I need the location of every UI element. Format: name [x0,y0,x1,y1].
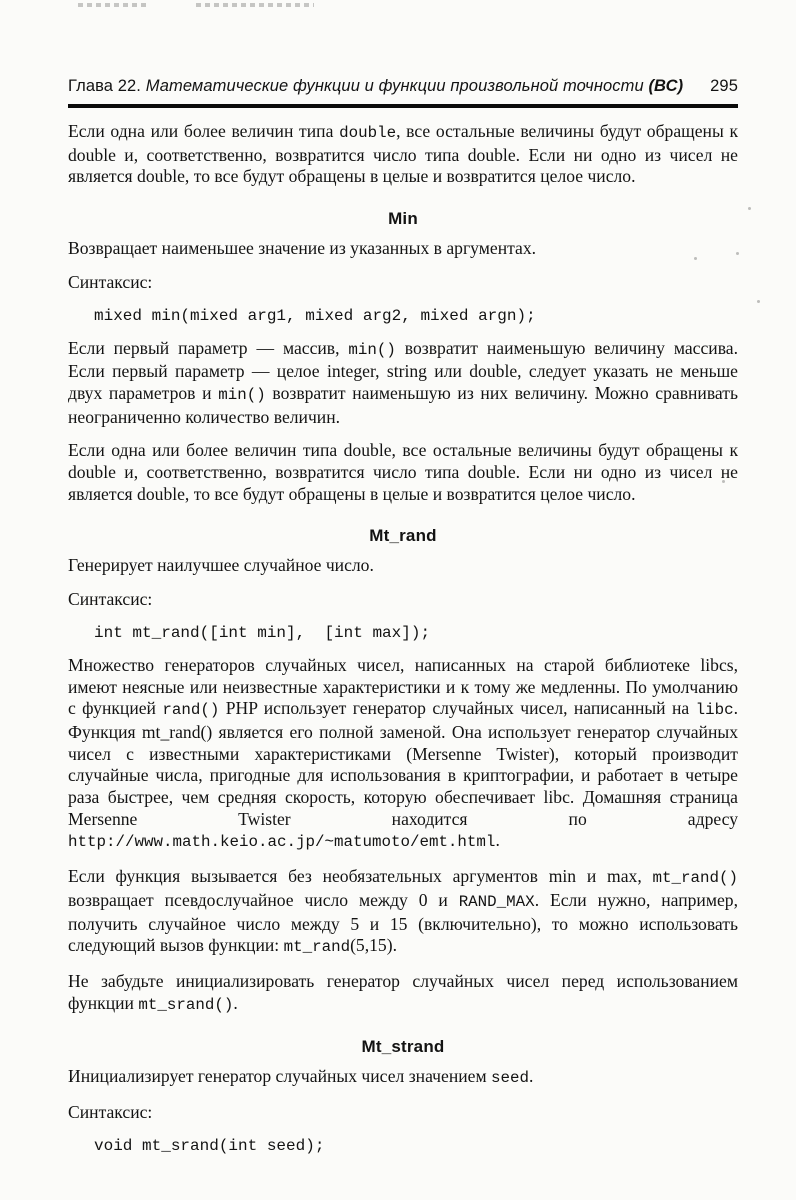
section-heading-mt-strand: Mt_strand [68,1037,738,1057]
mt-strand-description: Инициализирует генератор случайных чисел… [68,1066,738,1090]
mt-strand-syntax-label: Синтаксис: [68,1102,738,1124]
intro-paragraph: Если одна или более величин типа double,… [68,121,738,188]
min-syntax-code: mixed min(mixed arg1, mixed arg2, mixed … [94,307,738,326]
section-heading-min: Min [68,209,738,229]
mt-rand-paragraph-1: Множество генераторов случайных чисел, н… [68,655,738,854]
mt-strand-syntax-code: void mt_srand(int seed); [94,1137,738,1156]
scan-speck [736,252,739,255]
mt-rand-syntax-label: Синтаксис: [68,589,738,611]
scan-speck [757,300,760,303]
running-header-title: Глава 22. Математические функции и функц… [68,77,683,96]
page-number: 295 [690,77,738,96]
section-heading-mt-rand: Mt_rand [68,526,738,546]
chapter-label: Глава 22. [68,77,146,95]
book-page: Глава 22. Математические функции и функц… [0,0,796,1156]
scan-speck [694,257,697,260]
scan-smudge-strip [196,3,314,7]
min-paragraph-2: Если одна или более величин типа double,… [68,440,738,505]
min-paragraph-1: Если первый параметр — массив, min() воз… [68,338,738,429]
mt-rand-description: Генерирует наилучшее случайное число. [68,555,738,577]
scan-speck [748,207,751,210]
min-syntax-label: Синтаксис: [68,272,738,294]
scan-smudge-strip [78,3,148,7]
mt-rand-paragraph-2: Если функция вызывается без необязательн… [68,866,738,959]
scan-speck [722,480,725,483]
mt-rand-syntax-code: int mt_rand([int min], [int max]); [94,624,738,643]
chapter-title-emphasis: (ВС) [648,77,683,95]
running-header: Глава 22. Математические функции и функц… [68,0,738,108]
min-description: Возвращает наименьшее значение из указан… [68,238,738,260]
scan-smudge-artifact [78,3,318,8]
chapter-title: Математические функции и функции произво… [146,77,649,95]
mt-rand-paragraph-3: Не забудьте инициализировать генератор с… [68,971,738,1016]
